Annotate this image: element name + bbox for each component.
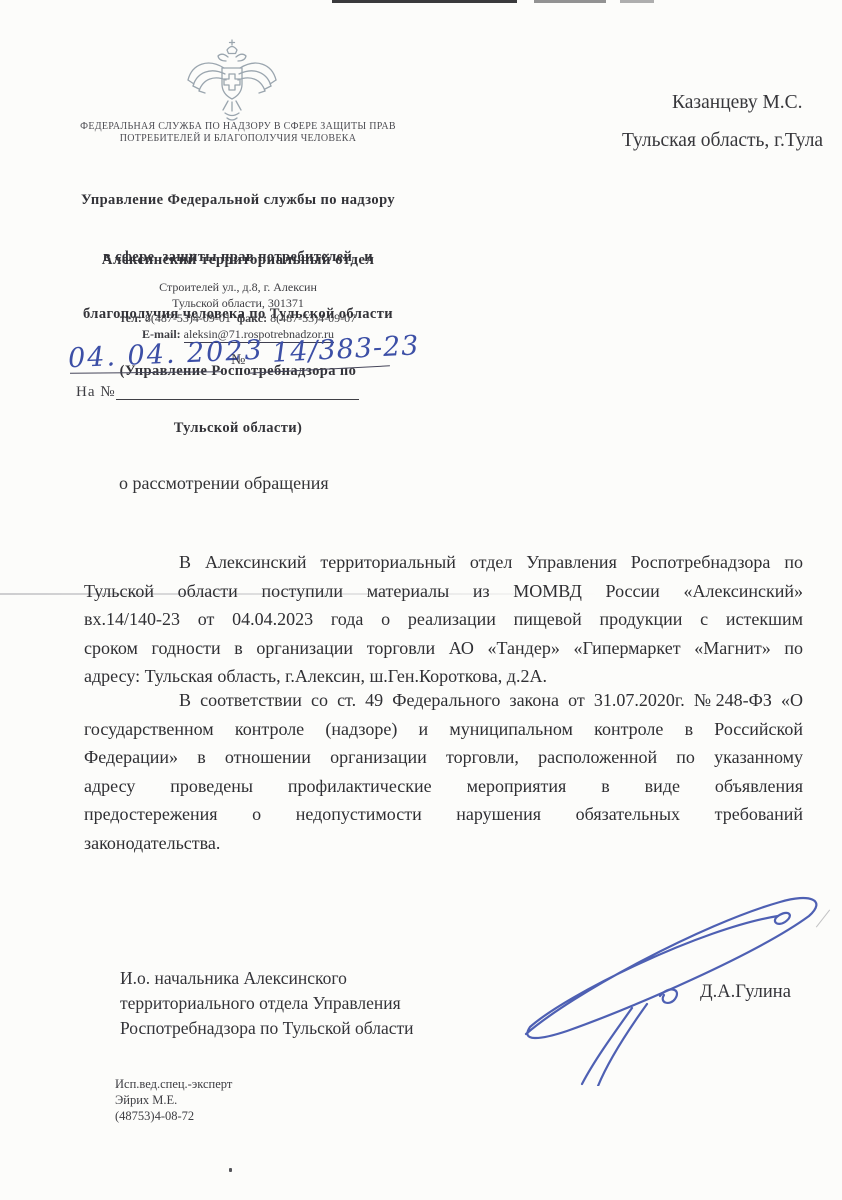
handwritten-signature: [512, 876, 842, 1086]
executor-phone: (48753)4-08-72: [115, 1108, 232, 1124]
body-line: предостережения о недопустимости нарушен…: [84, 800, 803, 829]
executor-role: Исп.вед.спец.-эксперт: [115, 1076, 232, 1092]
reply-reference-underline: [116, 399, 359, 400]
fax-value: 8(487-53)4-09-07: [270, 311, 356, 325]
scan-artifact-strip: [332, 0, 517, 3]
department-name-line: Управление Федеральной службы по надзору: [48, 191, 428, 210]
body-paragraph-1: В Алексинский территориальный отдел Упра…: [84, 548, 803, 691]
body-line: В Алексинский территориальный отдел Упра…: [84, 548, 803, 577]
body-line: В соответствии со ст. 49 Федерального за…: [84, 686, 803, 715]
executor-block: Исп.вед.спец.-эксперт Эйрих М.Е. (48753)…: [115, 1076, 232, 1124]
signatory-position-line: Роспотребнадзора по Тульской области: [120, 1016, 480, 1041]
territorial-division-name: Алексинский территориальный отдел: [48, 252, 428, 269]
agency-name: ФЕДЕРАЛЬНАЯ СЛУЖБА ПО НАДЗОРУ В СФЕРЕ ЗА…: [48, 121, 428, 144]
recipient-location: Тульская область, г.Тула: [622, 130, 823, 152]
phone-value: 8(487-53)4-09-01: [145, 311, 231, 325]
phone-fax-line: тел: 8(487-53)4-09-01 факс: 8(487-53)4-0…: [48, 311, 428, 327]
signatory-position: И.о. начальника Алексинского территориал…: [120, 966, 480, 1041]
phone-label: тел:: [120, 311, 142, 325]
department-name-line: Тульской области): [48, 419, 428, 438]
signatory-name: Д.А.Гулина: [700, 982, 791, 1003]
agency-name-line: ПОТРЕБИТЕЛЕЙ И БЛАГОПОЛУЧИЯ ЧЕЛОВЕКА: [48, 133, 428, 145]
scanned-letter-page: ФЕДЕРАЛЬНАЯ СЛУЖБА ПО НАДЗОРУ В СФЕРЕ ЗА…: [0, 0, 842, 1200]
signatory-position-line: И.о. начальника Алексинского: [120, 966, 480, 991]
agency-name-line: ФЕДЕРАЛЬНАЯ СЛУЖБА ПО НАДЗОРУ В СФЕРЕ ЗА…: [48, 121, 428, 133]
signatory-position-line: территориального отдела Управления: [120, 991, 480, 1016]
body-line: сроком годности в организации торговли А…: [84, 634, 803, 663]
scan-speck: [229, 1168, 232, 1172]
recipient-name: Казанцеву М.С.: [672, 92, 803, 114]
number-sign: №: [231, 352, 245, 369]
region-postcode: Тульской области, 301371: [48, 296, 428, 312]
scan-artifact-strip: [620, 0, 654, 3]
body-line: государственном контроле (надзоре) и мун…: [84, 715, 803, 744]
body-line: Федерации» в отношении организации торго…: [84, 743, 803, 772]
executor-name: Эйрих М.Е.: [115, 1092, 232, 1108]
letter-subject: о рассмотрении обращения: [119, 473, 329, 494]
body-paragraph-2: В соответствии со ст. 49 Федерального за…: [84, 686, 803, 858]
body-line: адресу проведены профилактические меропр…: [84, 772, 803, 801]
rospotrebnadzor-emblem-icon: [184, 38, 280, 126]
fax-label: факс:: [237, 311, 267, 325]
body-line: вх.14/140-23 от 04.04.2023 года о реализ…: [84, 605, 803, 634]
street-address: Строителей ул., д.8, г. Алексин: [48, 280, 428, 296]
reply-reference-label: На №: [76, 384, 116, 401]
scan-artifact-strip: [534, 0, 606, 3]
body-line: законодательства.: [84, 829, 803, 858]
body-line: Тульской области поступили материалы из …: [84, 577, 803, 606]
